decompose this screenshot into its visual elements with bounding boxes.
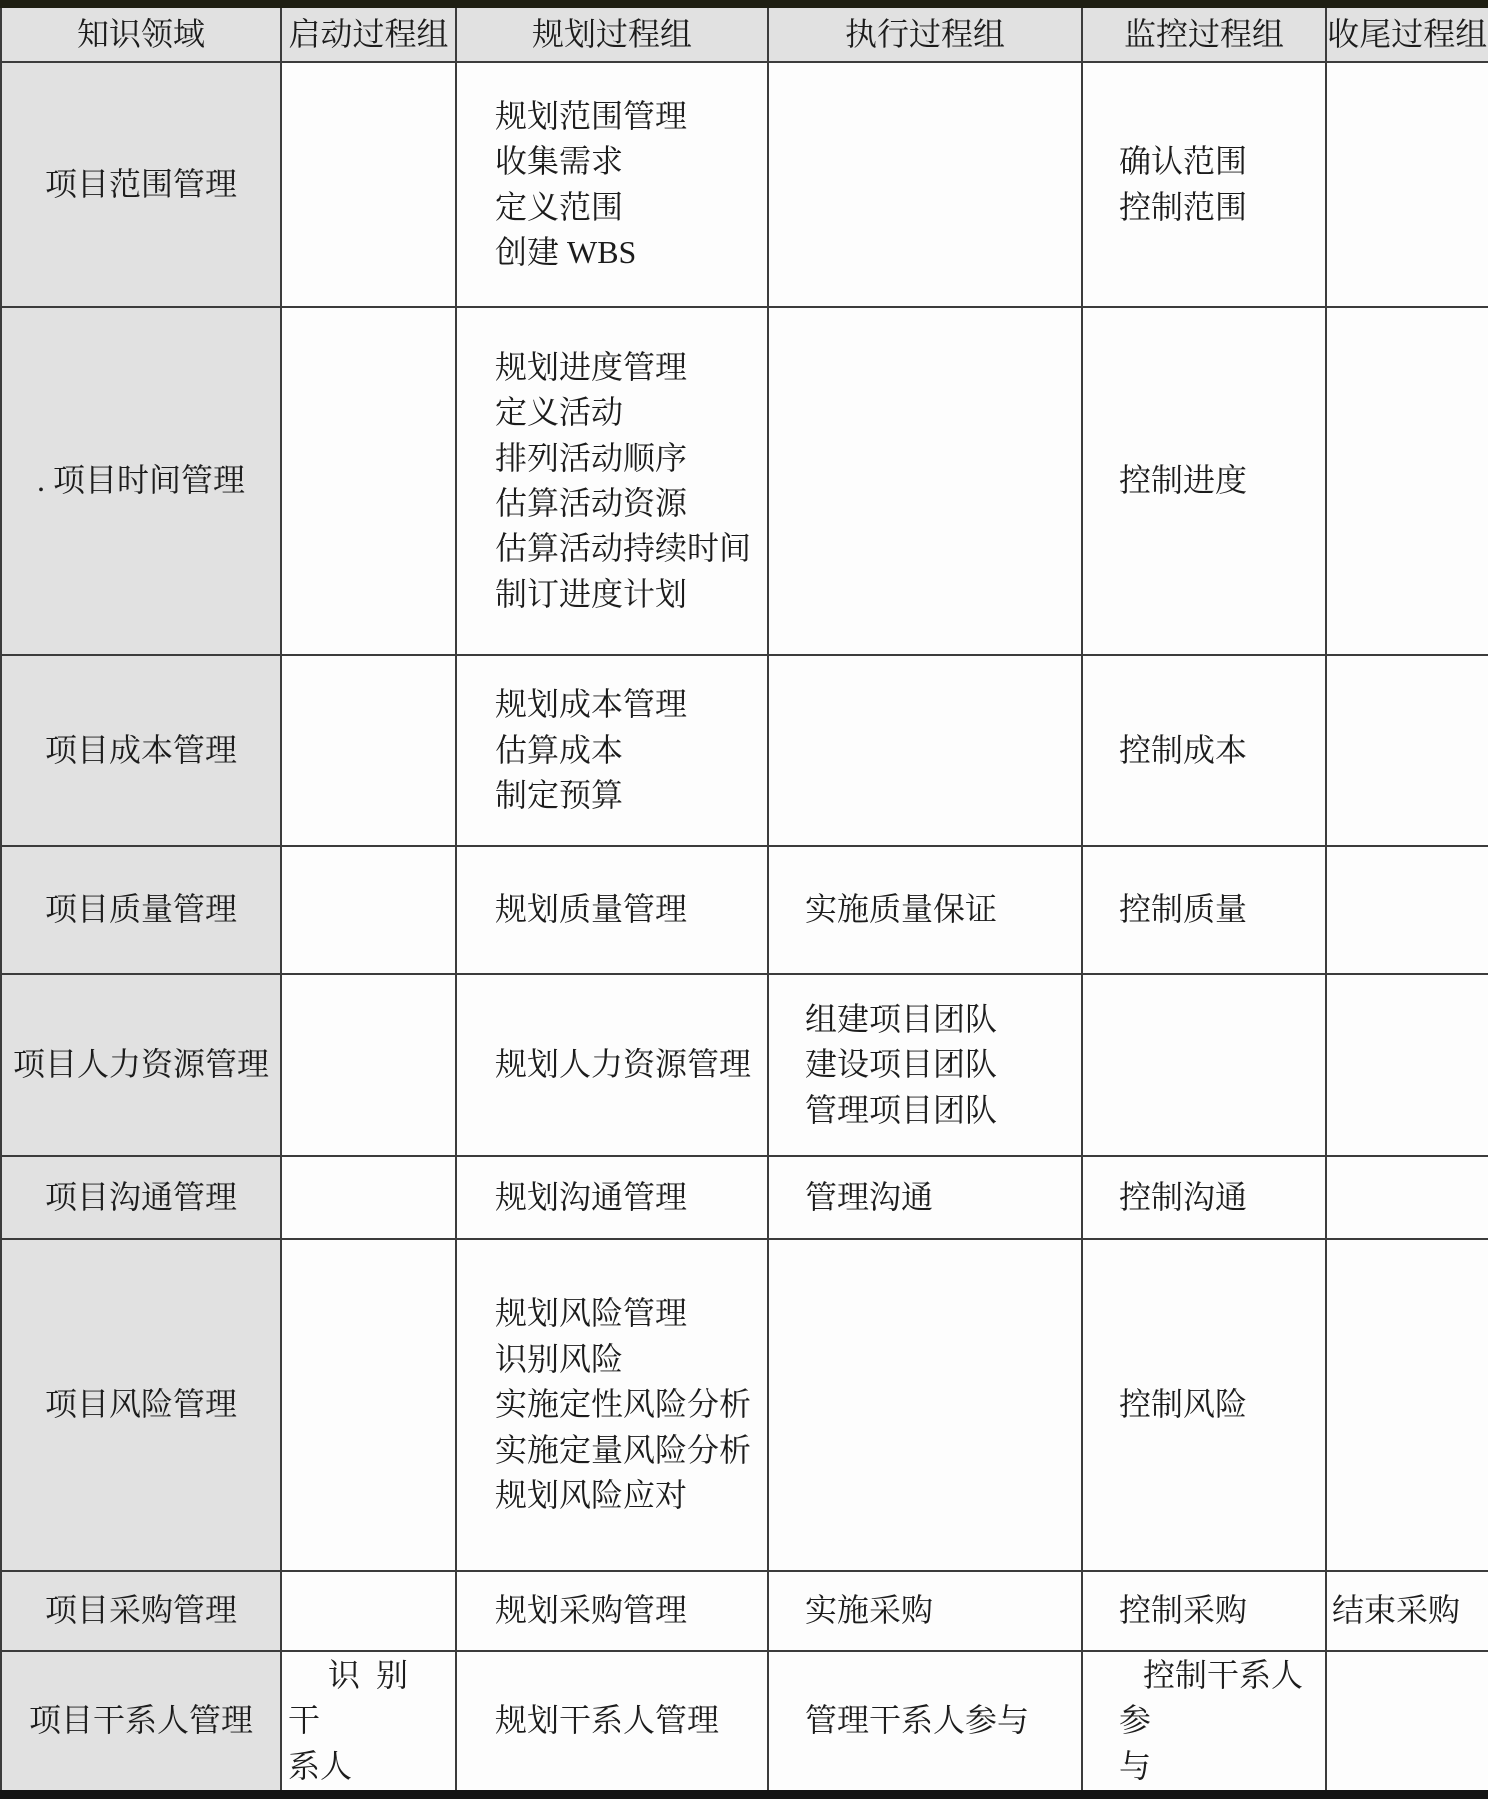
process-cell: 控制质量 (1082, 846, 1326, 974)
knowledge-area-label: 项目采购管理 (1, 1571, 281, 1651)
knowledge-area-label: 项目质量管理 (1, 846, 281, 974)
process-cell: 规划干系人管理 (456, 1651, 768, 1795)
table-row-risk: 项目风险管理 规划风险管理 识别风险 实施定性风险分析 实施定量风险分析 规划风… (1, 1239, 1488, 1571)
table-row-quality: 项目质量管理 规划质量管理 实施质量保证 控制质量 (1, 846, 1488, 974)
column-header-planning: 规划过程组 (456, 4, 768, 62)
process-cell (1326, 974, 1488, 1156)
process-cell (281, 1239, 456, 1571)
table-row-communication: 项目沟通管理 规划沟通管理 管理沟通 控制沟通 (1, 1156, 1488, 1239)
process-cell (1326, 307, 1488, 655)
process-cell: 实施采购 (768, 1571, 1082, 1651)
table-row-procurement: 项目采购管理 规划采购管理 实施采购 控制采购 结束采购 (1, 1571, 1488, 1651)
process-cell: 控制成本 (1082, 655, 1326, 846)
process-cell: 规划成本管理 估算成本 制定预算 (456, 655, 768, 846)
process-cell: 结束采购 (1326, 1571, 1488, 1651)
process-groups-table: 知识领域 启动过程组 规划过程组 执行过程组 监控过程组 收尾过程组 项目范围管… (0, 0, 1488, 1799)
column-header-closing: 收尾过程组 (1326, 4, 1488, 62)
process-cell (768, 1239, 1082, 1571)
process-cell: 控制风险 (1082, 1239, 1326, 1571)
process-cell (1326, 62, 1488, 307)
process-cell: 规划范围管理 收集需求 定义范围 创建 WBS (456, 62, 768, 307)
table-row-cost: 项目成本管理 规划成本管理 估算成本 制定预算 控制成本 (1, 655, 1488, 846)
knowledge-area-label: 项目成本管理 (1, 655, 281, 846)
process-cell: 确认范围 控制范围 (1082, 62, 1326, 307)
table-row-scope: 项目范围管理 规划范围管理 收集需求 定义范围 创建 WBS 确认范围 控制范围 (1, 62, 1488, 307)
process-cell: 控制采购 (1082, 1571, 1326, 1651)
process-cell (768, 62, 1082, 307)
column-header-knowledge: 知识领域 (1, 4, 281, 62)
process-cell (768, 655, 1082, 846)
process-cell (768, 307, 1082, 655)
process-cell: 规划采购管理 (456, 1571, 768, 1651)
process-cell (281, 655, 456, 846)
process-cell (1326, 1651, 1488, 1795)
scanned-document-page: 知识领域 启动过程组 规划过程组 执行过程组 监控过程组 收尾过程组 项目范围管… (0, 0, 1488, 1794)
process-cell: 规划进度管理 定义活动 排列活动顺序 估算活动资源 估算活动持续时间 制订进度计… (456, 307, 768, 655)
process-cell: 规划沟通管理 (456, 1156, 768, 1239)
header-row: 知识领域 启动过程组 规划过程组 执行过程组 监控过程组 收尾过程组 (1, 4, 1488, 62)
knowledge-area-label: 项目风险管理 (1, 1239, 281, 1571)
process-cell: 管理干系人参与 (768, 1651, 1082, 1795)
knowledge-area-label: . 项目时间管理 (1, 307, 281, 655)
column-header-monitoring: 监控过程组 (1082, 4, 1326, 62)
process-cell: 规划风险管理 识别风险 实施定性风险分析 实施定量风险分析 规划风险应对 (456, 1239, 768, 1571)
process-cell: 识 别 干 系人 (281, 1651, 456, 1795)
process-cell (281, 846, 456, 974)
knowledge-area-label: 项目人力资源管理 (1, 974, 281, 1156)
process-cell (1326, 655, 1488, 846)
table-row-stakeholder: 项目干系人管理 识 别 干 系人 规划干系人管理 管理干系人参与 控制干系人参 … (1, 1651, 1488, 1795)
process-cell (281, 1571, 456, 1651)
knowledge-area-label: 项目干系人管理 (1, 1651, 281, 1795)
process-cell: 组建项目团队 建设项目团队 管理项目团队 (768, 974, 1082, 1156)
process-cell: 规划人力资源管理 (456, 974, 768, 1156)
process-cell (281, 974, 456, 1156)
process-cell (281, 62, 456, 307)
knowledge-area-label: 项目沟通管理 (1, 1156, 281, 1239)
process-cell: 实施质量保证 (768, 846, 1082, 974)
process-cell (1326, 846, 1488, 974)
process-cell: 控制进度 (1082, 307, 1326, 655)
table-row-hr: 项目人力资源管理 规划人力资源管理 组建项目团队 建设项目团队 管理项目团队 (1, 974, 1488, 1156)
process-cell (281, 307, 456, 655)
process-cell (1326, 1156, 1488, 1239)
process-cell: 控制干系人参 与 (1082, 1651, 1326, 1795)
process-cell (281, 1156, 456, 1239)
process-cell: 控制沟通 (1082, 1156, 1326, 1239)
process-cell (1326, 1239, 1488, 1571)
process-cell: 管理沟通 (768, 1156, 1082, 1239)
process-cell: 规划质量管理 (456, 846, 768, 974)
column-header-executing: 执行过程组 (768, 4, 1082, 62)
table-row-time: . 项目时间管理 规划进度管理 定义活动 排列活动顺序 估算活动资源 估算活动持… (1, 307, 1488, 655)
column-header-initiating: 启动过程组 (281, 4, 456, 62)
process-cell (1082, 974, 1326, 1156)
knowledge-area-label: 项目范围管理 (1, 62, 281, 307)
